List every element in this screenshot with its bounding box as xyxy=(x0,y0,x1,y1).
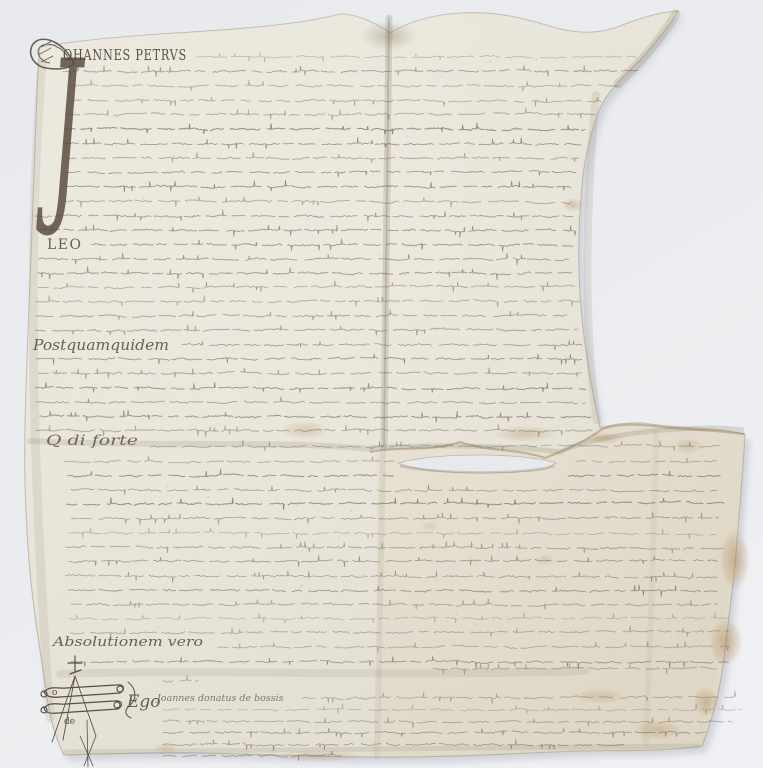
freckle xyxy=(438,107,440,109)
freckle xyxy=(426,284,428,286)
freckle xyxy=(611,450,613,452)
freckle xyxy=(414,329,416,331)
freckle xyxy=(95,267,96,268)
freckle xyxy=(426,318,428,320)
freckle xyxy=(663,483,665,485)
heading-opening: OHANNES PETRVS xyxy=(63,46,187,64)
freckle xyxy=(344,144,345,145)
freckle xyxy=(524,65,526,67)
freckle xyxy=(703,494,705,496)
freckle xyxy=(696,608,697,609)
freckle xyxy=(378,254,380,256)
freckle xyxy=(439,75,441,77)
freckle xyxy=(535,58,538,61)
section-heading-qforte: Q di forte xyxy=(46,433,138,449)
freckle xyxy=(469,152,471,154)
freckle xyxy=(167,485,169,487)
freckle xyxy=(160,218,162,220)
freckle xyxy=(510,59,512,61)
freckle xyxy=(391,383,392,384)
freckle xyxy=(536,99,539,102)
freckle xyxy=(324,112,326,114)
freckle xyxy=(407,136,409,138)
freckle xyxy=(523,228,524,229)
freckle xyxy=(675,583,676,584)
freckle xyxy=(683,548,685,550)
freckle xyxy=(256,379,257,380)
section-heading-leo: LEO xyxy=(47,237,83,253)
freckle xyxy=(183,255,184,256)
manuscript-photo: J OHANNES PETRVS LEO Postquamquidem Q di… xyxy=(0,0,763,768)
freckle xyxy=(338,536,340,538)
freckle xyxy=(219,407,220,408)
freckle xyxy=(707,537,709,539)
freckle xyxy=(612,638,614,640)
freckle xyxy=(678,637,680,639)
manuscript-scene: J OHANNES PETRVS LEO Postquamquidem Q di… xyxy=(0,0,763,768)
freckle xyxy=(642,682,644,684)
freckle xyxy=(310,359,313,362)
freckle xyxy=(667,655,669,657)
freckle xyxy=(608,502,610,504)
freckle xyxy=(192,216,194,218)
freckle xyxy=(700,489,701,490)
freckle xyxy=(616,499,618,501)
freckle xyxy=(145,182,147,184)
freckle xyxy=(701,455,703,457)
freckle xyxy=(491,337,492,338)
freckle xyxy=(455,613,457,615)
freckle xyxy=(193,432,194,433)
freckle xyxy=(173,155,175,157)
freckle xyxy=(481,135,483,137)
freckle xyxy=(157,627,158,628)
freckle xyxy=(483,400,485,402)
freckle xyxy=(375,183,377,185)
section-heading-absolutionem: Absolutionem vero xyxy=(52,635,203,650)
freckle xyxy=(207,496,210,499)
freckle xyxy=(658,571,659,572)
section-heading-postquam: Postquamquidem xyxy=(32,336,169,354)
freckle xyxy=(475,623,477,625)
freckle xyxy=(154,324,155,325)
freckle xyxy=(498,105,499,106)
signum-letters-de: de xyxy=(64,717,75,727)
freckle xyxy=(372,175,374,177)
notary-ego-word: Ego xyxy=(126,692,161,712)
freckle xyxy=(499,209,500,210)
freckle xyxy=(562,307,564,309)
notary-name: Joannes donatus de bossis xyxy=(155,693,284,704)
freckle xyxy=(139,212,141,214)
freckle xyxy=(279,71,281,73)
freckle xyxy=(94,234,95,235)
freckle xyxy=(350,510,353,513)
freckle xyxy=(519,381,521,383)
freckle xyxy=(491,550,492,551)
signum-letter-o: o xyxy=(52,688,57,698)
freckle xyxy=(469,503,470,504)
freckle xyxy=(301,584,304,587)
freckle xyxy=(142,197,145,200)
freckle xyxy=(141,487,143,489)
freckle xyxy=(607,519,609,521)
freckle xyxy=(285,591,287,593)
freckle xyxy=(207,600,209,602)
freckle xyxy=(414,132,415,133)
freckle xyxy=(606,465,607,466)
freckle xyxy=(190,340,192,342)
freckle xyxy=(472,111,474,113)
freckle xyxy=(489,60,491,62)
freckle xyxy=(465,300,467,302)
freckle xyxy=(163,301,165,303)
freckle xyxy=(99,249,101,251)
freckle xyxy=(714,696,716,698)
freckle xyxy=(427,308,429,310)
freckle xyxy=(634,506,636,508)
freckle xyxy=(231,86,233,88)
freckle xyxy=(420,547,422,549)
freckle xyxy=(324,368,325,369)
freckle xyxy=(381,161,383,163)
freckle xyxy=(406,617,409,620)
freckle xyxy=(177,177,179,179)
freckle xyxy=(679,640,680,641)
freckle xyxy=(433,553,434,554)
freckle xyxy=(612,634,613,635)
freckle xyxy=(356,616,357,617)
freckle xyxy=(195,426,196,427)
freckle xyxy=(261,479,263,481)
